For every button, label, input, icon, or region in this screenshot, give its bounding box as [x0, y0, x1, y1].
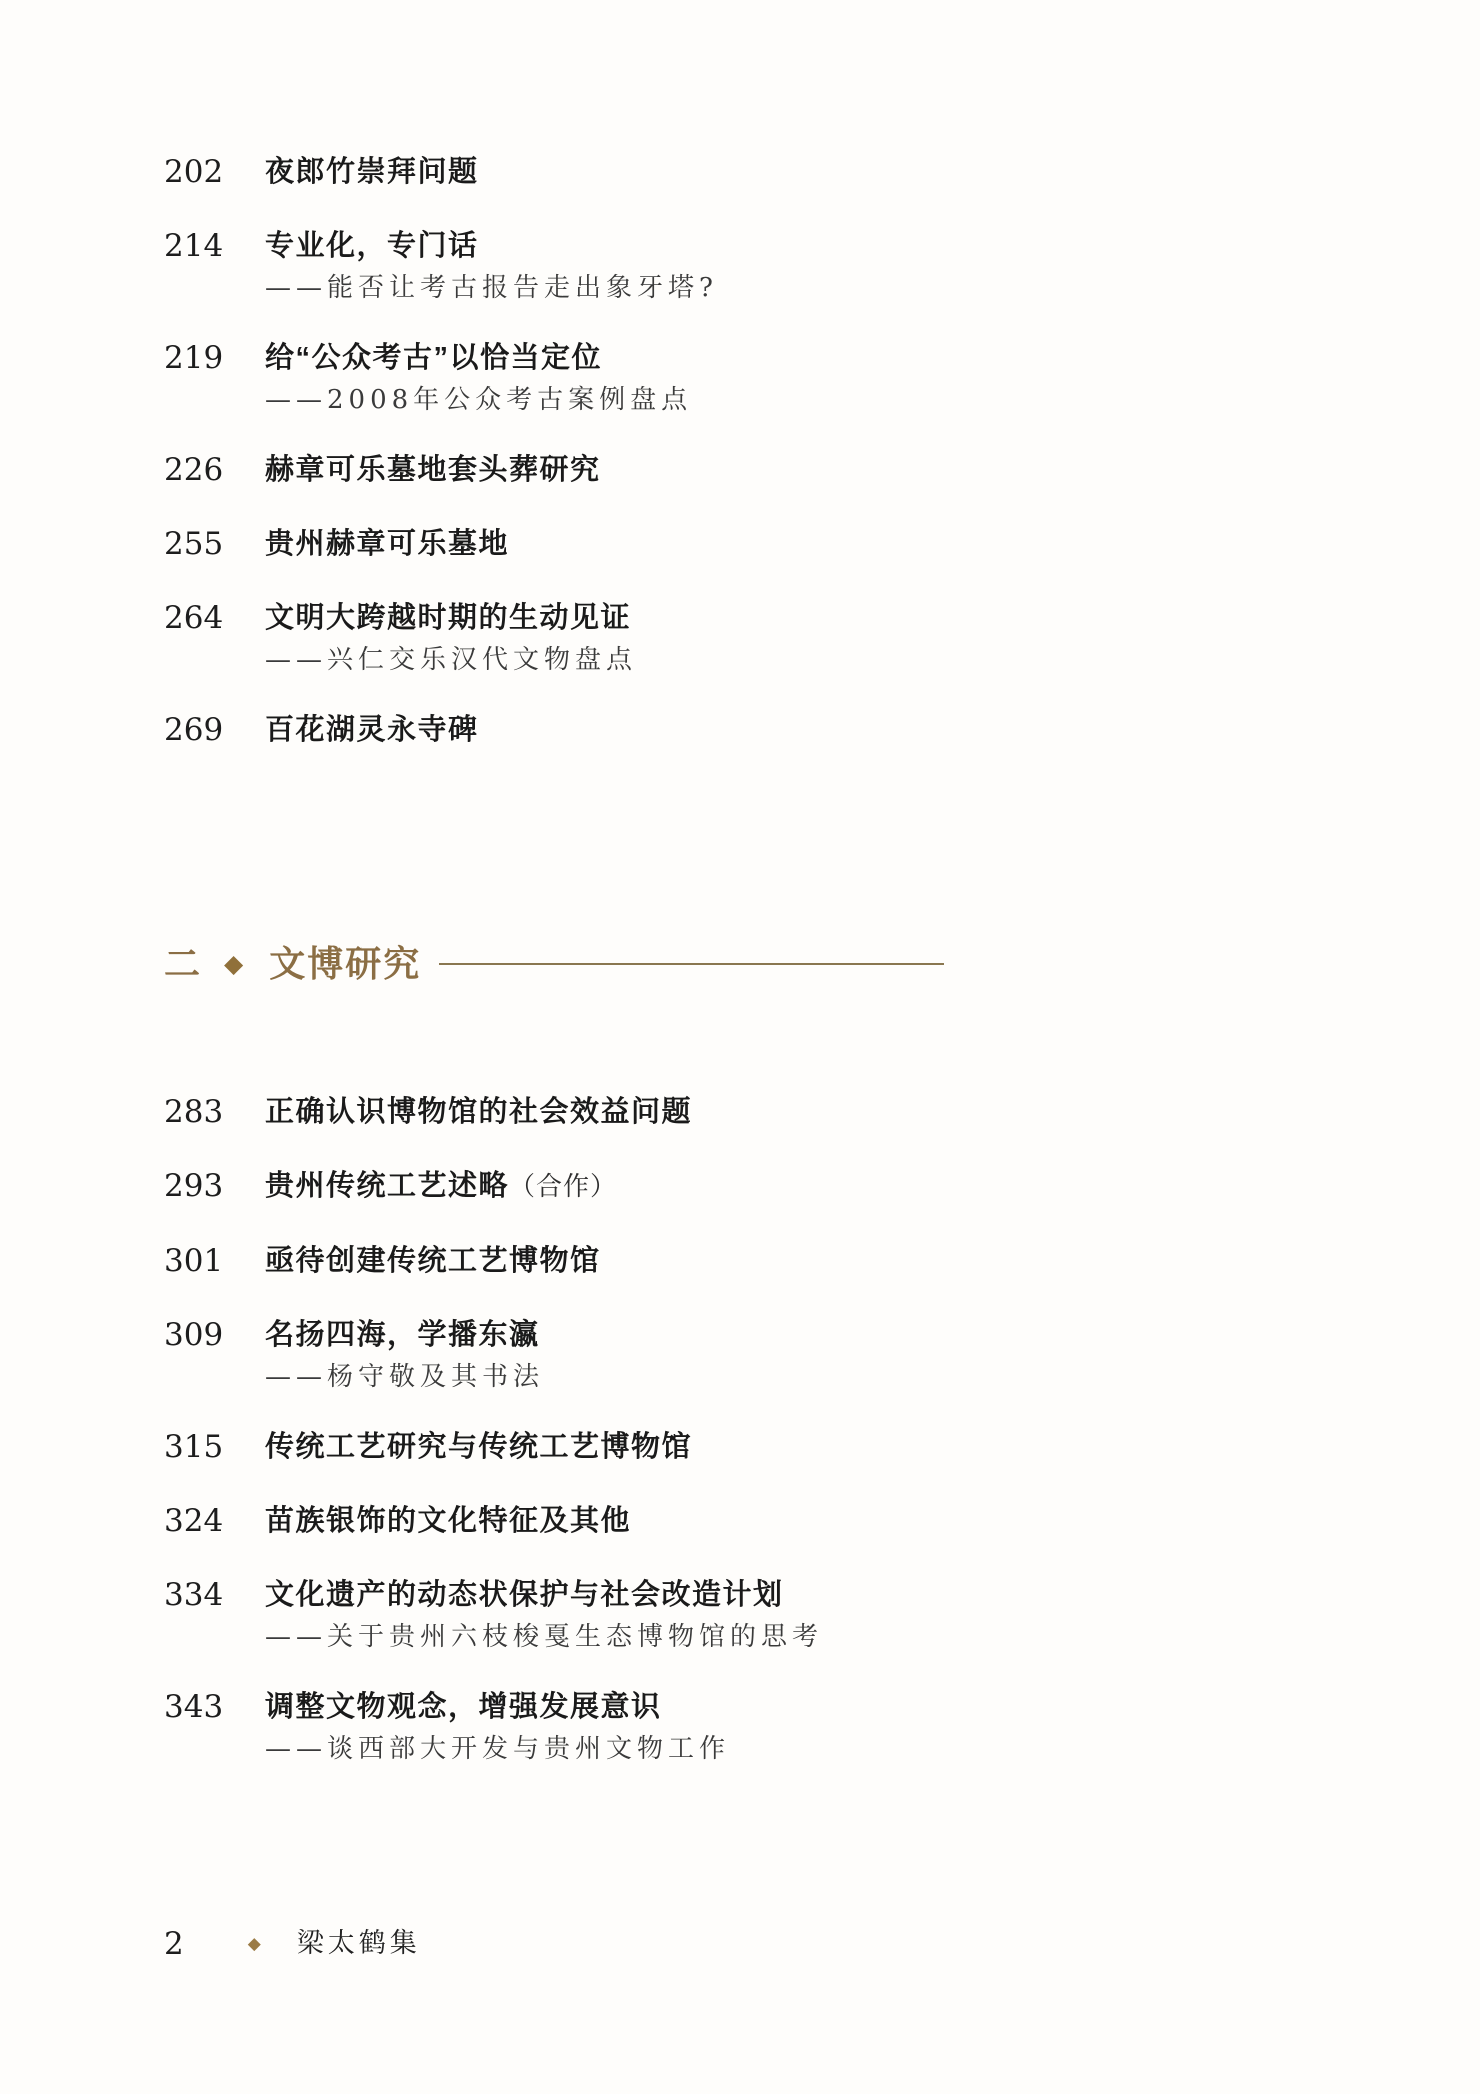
heading-rule	[439, 963, 944, 965]
entry-page-number: 202	[164, 150, 265, 194]
entry-text: 正确认识博物馆的社会效益问题	[265, 1090, 823, 1134]
toc-entry: 301 亟待创建传统工艺博物馆	[164, 1239, 823, 1283]
toc-entry: 269 百花湖灵永寺碑	[164, 708, 718, 752]
section-title: 文博研究	[269, 938, 421, 990]
entry-page-number: 334	[164, 1573, 265, 1617]
entry-subtitle: ——关于贵州六枝梭戛生态博物馆的思考	[265, 1619, 823, 1655]
entry-title: 文明大跨越时期的生动见证	[265, 596, 718, 640]
entry-page-number: 301	[164, 1239, 265, 1283]
entry-page-number: 226	[164, 448, 265, 492]
entry-page-number: 309	[164, 1313, 265, 1357]
entry-title: 赫章可乐墓地套头葬研究	[265, 448, 718, 492]
toc-entry: 255 贵州赫章可乐墓地	[164, 522, 718, 566]
entry-text: 名扬四海，学播东瀛 ——杨守敬及其书法	[265, 1313, 823, 1395]
entry-text: 亟待创建传统工艺博物馆	[265, 1239, 823, 1283]
toc-section1-entries: 202 夜郎竹崇拜问题 214 专业化，专门话 ——能否让考古报告走出象牙塔? …	[164, 150, 718, 782]
section-numeral: 二	[164, 938, 200, 990]
entry-title: 专业化，专门话	[265, 224, 718, 268]
section-heading: 二 ◆ 文博研究	[164, 938, 944, 990]
toc-entry: 309 名扬四海，学播东瀛 ——杨守敬及其书法	[164, 1313, 823, 1395]
entry-title: 正确认识博物馆的社会效益问题	[265, 1090, 823, 1134]
entry-text: 百花湖灵永寺碑	[265, 708, 718, 752]
entry-page-number: 283	[164, 1090, 265, 1134]
entry-text: 贵州赫章可乐墓地	[265, 522, 718, 566]
entry-title: 亟待创建传统工艺博物馆	[265, 1239, 823, 1283]
entry-text: 文明大跨越时期的生动见证 ——兴仁交乐汉代文物盘点	[265, 596, 718, 678]
entry-page-number: 269	[164, 708, 265, 752]
entry-text: 文化遗产的动态状保护与社会改造计划 ——关于贵州六枝梭戛生态博物馆的思考	[265, 1573, 823, 1655]
entry-title: 调整文物观念，增强发展意识	[265, 1685, 823, 1729]
toc-entry: 293 贵州传统工艺述略（合作）	[164, 1164, 823, 1209]
entry-subtitle: ——谈西部大开发与贵州文物工作	[265, 1731, 823, 1767]
toc-entry: 202 夜郎竹崇拜问题	[164, 150, 718, 194]
entry-text: 苗族银饰的文化特征及其他	[265, 1499, 823, 1543]
entry-page-number: 214	[164, 224, 265, 268]
toc-entry: 334 文化遗产的动态状保护与社会改造计划 ——关于贵州六枝梭戛生态博物馆的思考	[164, 1573, 823, 1655]
entry-text: 调整文物观念，增强发展意识 ——谈西部大开发与贵州文物工作	[265, 1685, 823, 1767]
page-footer: 2 ◆ 梁太鹤集	[164, 1922, 421, 1966]
entry-title: 苗族银饰的文化特征及其他	[265, 1499, 823, 1543]
entry-title: 百花湖灵永寺碑	[265, 708, 718, 752]
entry-page-number: 293	[164, 1164, 265, 1208]
toc-entry: 343 调整文物观念，增强发展意识 ——谈西部大开发与贵州文物工作	[164, 1685, 823, 1767]
entry-page-number: 219	[164, 336, 265, 380]
entry-title-suffix: （合作）	[509, 1172, 617, 1202]
entry-title: 贵州传统工艺述略（合作）	[265, 1164, 823, 1209]
toc-section2-entries: 283 正确认识博物馆的社会效益问题 293 贵州传统工艺述略（合作） 301 …	[164, 1090, 823, 1797]
entry-subtitle: ——2008年公众考古案例盘点	[265, 382, 718, 418]
entry-title: 传统工艺研究与传统工艺博物馆	[265, 1425, 823, 1469]
entry-page-number: 324	[164, 1499, 265, 1543]
entry-page-number: 343	[164, 1685, 265, 1729]
toc-entry: 283 正确认识博物馆的社会效益问题	[164, 1090, 823, 1134]
book-toc-page: 202 夜郎竹崇拜问题 214 专业化，专门话 ——能否让考古报告走出象牙塔? …	[0, 0, 1480, 2094]
entry-title: 夜郎竹崇拜问题	[265, 150, 718, 194]
entry-page-number: 315	[164, 1425, 265, 1469]
entry-title: 贵州赫章可乐墓地	[265, 522, 718, 566]
diamond-icon: ◆	[224, 938, 243, 990]
entry-title: 名扬四海，学播东瀛	[265, 1313, 823, 1357]
diamond-icon: ◆	[248, 1922, 261, 1966]
entry-text: 给“公众考古”以恰当定位 ——2008年公众考古案例盘点	[265, 336, 718, 418]
entry-subtitle: ——杨守敬及其书法	[265, 1359, 823, 1395]
entry-text: 传统工艺研究与传统工艺博物馆	[265, 1425, 823, 1469]
entry-title: 文化遗产的动态状保护与社会改造计划	[265, 1573, 823, 1617]
entry-title: 给“公众考古”以恰当定位	[265, 336, 718, 380]
entry-text: 贵州传统工艺述略（合作）	[265, 1164, 823, 1209]
entry-text: 夜郎竹崇拜问题	[265, 150, 718, 194]
footer-book-title: 梁太鹤集	[297, 1922, 421, 1966]
entry-text: 赫章可乐墓地套头葬研究	[265, 448, 718, 492]
entry-subtitle: ——能否让考古报告走出象牙塔?	[265, 270, 718, 306]
toc-entry: 315 传统工艺研究与传统工艺博物馆	[164, 1425, 823, 1469]
entry-page-number: 264	[164, 596, 265, 640]
entry-page-number: 255	[164, 522, 265, 566]
entry-subtitle: ——兴仁交乐汉代文物盘点	[265, 642, 718, 678]
toc-entry: 219 给“公众考古”以恰当定位 ——2008年公众考古案例盘点	[164, 336, 718, 418]
toc-entry: 226 赫章可乐墓地套头葬研究	[164, 448, 718, 492]
toc-entry: 214 专业化，专门话 ——能否让考古报告走出象牙塔?	[164, 224, 718, 306]
footer-page-number: 2	[164, 1922, 184, 1966]
entry-text: 专业化，专门话 ——能否让考古报告走出象牙塔?	[265, 224, 718, 306]
toc-entry: 324 苗族银饰的文化特征及其他	[164, 1499, 823, 1543]
toc-entry: 264 文明大跨越时期的生动见证 ——兴仁交乐汉代文物盘点	[164, 596, 718, 678]
entry-title-text: 贵州传统工艺述略	[265, 1170, 509, 1202]
